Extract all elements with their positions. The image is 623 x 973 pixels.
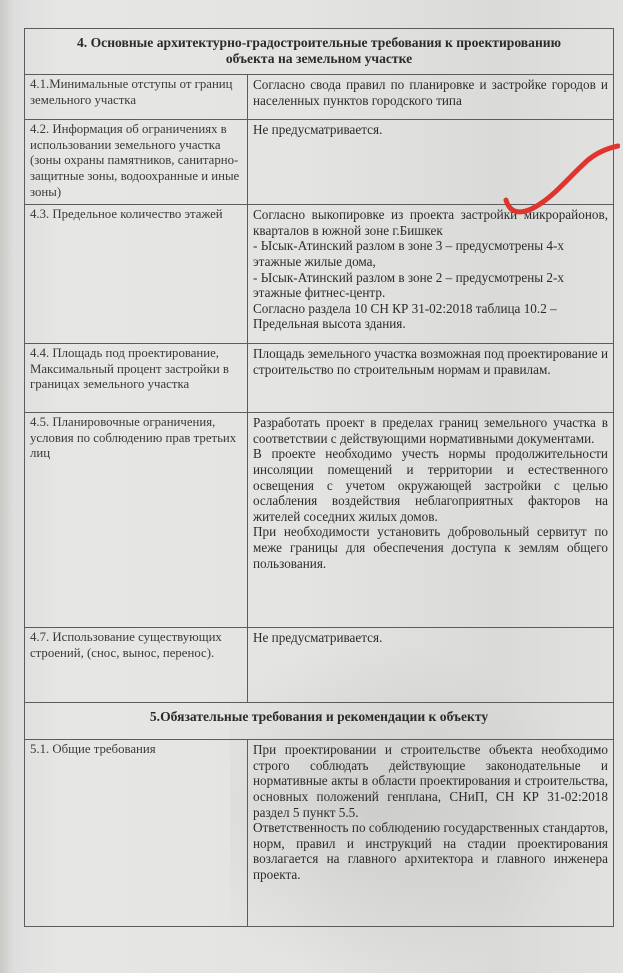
row-label: 4.7. Использование существующих строений… — [25, 628, 248, 703]
row-value-paragraph: Площадь земельного участка возможная под… — [253, 346, 608, 377]
table-row: 4.4. Площадь под проектирование, Максима… — [25, 344, 614, 413]
row-label: 4.1.Минимальные отступы от границ земель… — [25, 75, 248, 120]
section-4-title-line1: 4. Основные архитектурно-градостроительн… — [35, 35, 603, 51]
table-row: 5.1. Общие требования При проектировании… — [25, 740, 614, 927]
row-value-paragraph: При проектировании и строительстве объек… — [253, 742, 608, 820]
row-label: 5.1. Общие требования — [25, 740, 248, 927]
row-value: Согласно свода правил по планировке и за… — [248, 75, 614, 120]
row-value-paragraph: При необходимости установить добровольны… — [253, 524, 608, 571]
row-value-paragraph: - Ысык-Атинский разлом в зоне 3 – предус… — [253, 238, 608, 269]
row-label: 4.2. Информация об ограничениях в исполь… — [25, 120, 248, 205]
row-value-paragraph: Не предусматривается. — [253, 122, 608, 138]
row-value: Разработать проект в пределах границ зем… — [248, 413, 614, 628]
section-4-header-row: 4. Основные архитектурно-градостроительн… — [25, 29, 614, 75]
row-label: 4.4. Площадь под проектирование, Максима… — [25, 344, 248, 413]
section-4-title-line2: объекта на земельном участке — [35, 51, 603, 67]
row-value-paragraph: Не предусматривается. — [253, 630, 608, 646]
row-value: Не предусматривается. — [248, 628, 614, 703]
row-value: Площадь земельного участка возможная под… — [248, 344, 614, 413]
row-value-paragraph: Согласно раздела 10 СН КР 31-02:2018 таб… — [253, 301, 608, 332]
row-label: 4.3. Предельное количество этажей — [25, 205, 248, 344]
table-row: 4.7. Использование существующих строений… — [25, 628, 614, 703]
section-4-title: 4. Основные архитектурно-градостроительн… — [25, 29, 614, 75]
section-5-header-row: 5.Обязательные требования и рекомендации… — [25, 703, 614, 740]
row-value-paragraph: В проекте необходимо учесть нормы продол… — [253, 446, 608, 524]
row-value-paragraph: Разработать проект в пределах границ зем… — [253, 415, 608, 446]
row-value-paragraph: - Ысык-Атинский разлом в зоне 2 – предус… — [253, 270, 608, 301]
table-row: 4.5. Планировочные ограничения, условия … — [25, 413, 614, 628]
table-row: 4.3. Предельное количество этажей Соглас… — [25, 205, 614, 344]
row-label: 4.5. Планировочные ограничения, условия … — [25, 413, 248, 628]
row-value-paragraph: Согласно свода правил по планировке и за… — [253, 77, 608, 108]
row-value: Согласно выкопировке из проекта застройк… — [248, 205, 614, 344]
row-value-paragraph: Ответственность по соблюдению государств… — [253, 820, 608, 882]
table-row: 4.1.Минимальные отступы от границ земель… — [25, 75, 614, 120]
section-5-title: 5.Обязательные требования и рекомендации… — [25, 703, 614, 740]
red-checkmark-icon — [492, 138, 620, 218]
row-value: При проектировании и строительстве объек… — [248, 740, 614, 927]
